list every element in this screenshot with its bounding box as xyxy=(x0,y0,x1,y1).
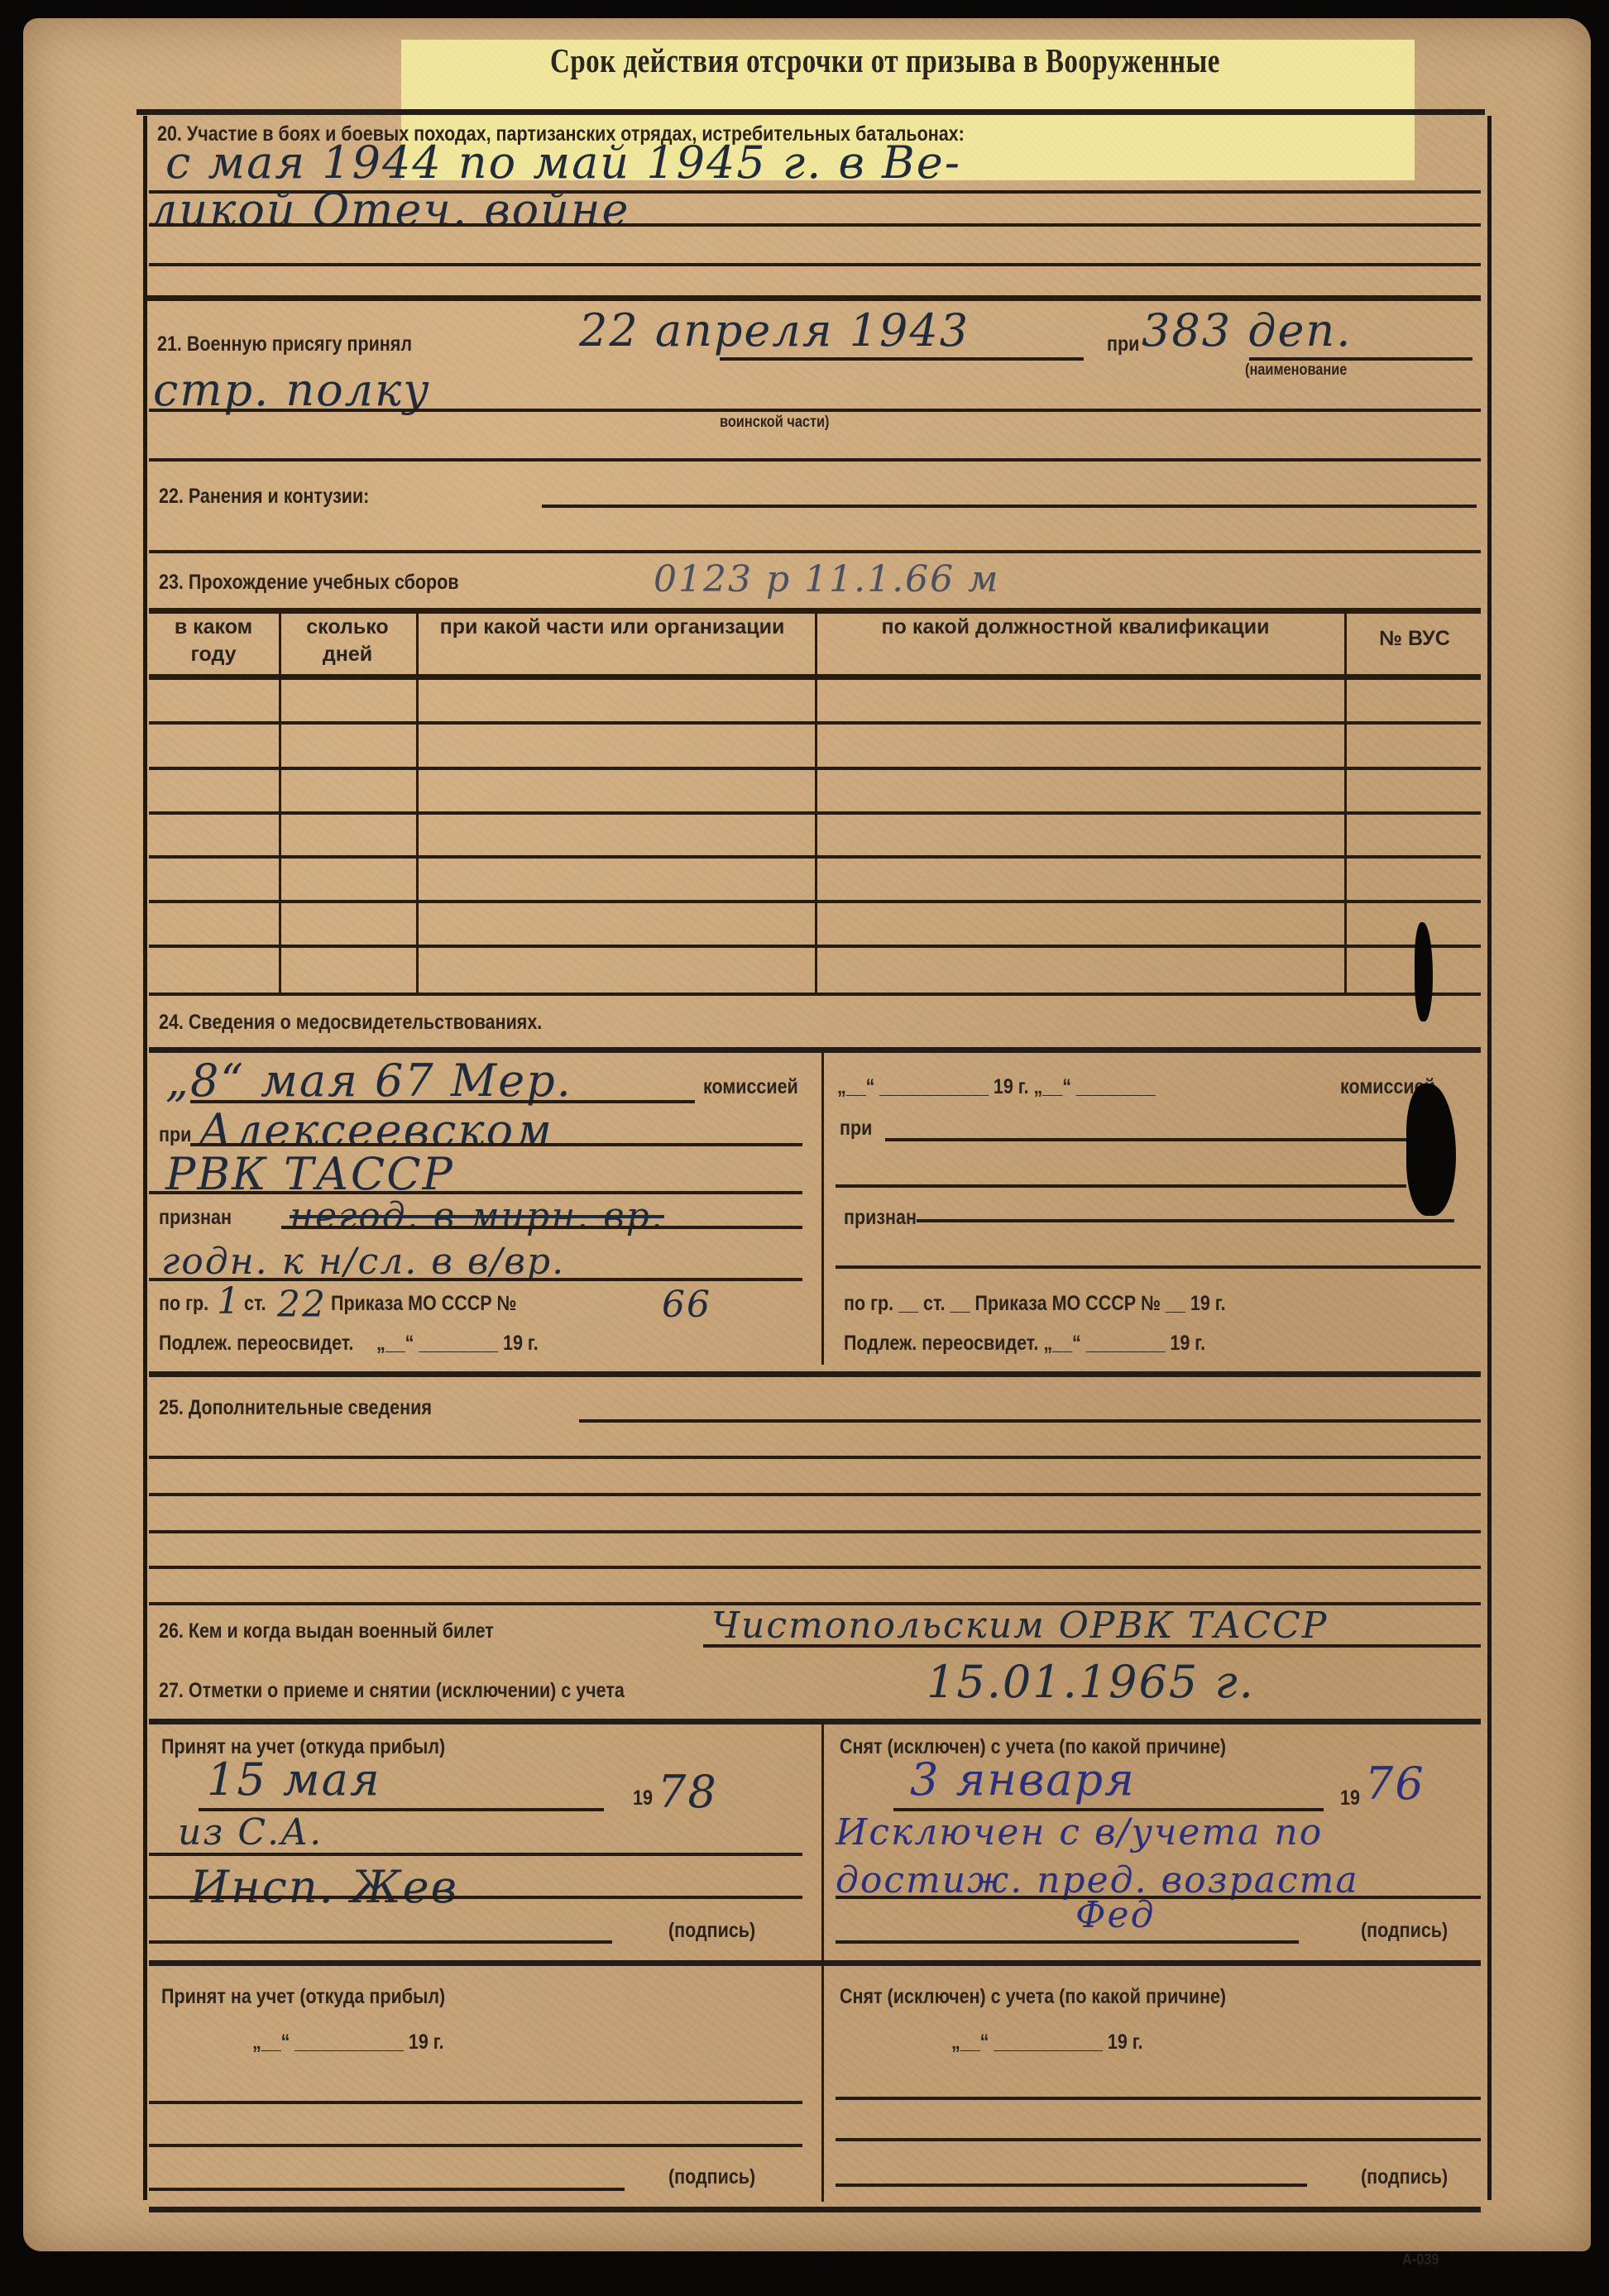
column-divider xyxy=(821,1050,824,1365)
registered-signature-handwriting: Инсп. Жев xyxy=(190,1861,458,1913)
section-24-label: 24. Сведения о медосвидетельствованиях. xyxy=(159,1011,542,1035)
table-row xyxy=(149,855,1481,859)
rule xyxy=(136,109,1485,115)
deregistered2-label: Снят (исключен) с учета (по какой причин… xyxy=(840,1985,1226,2009)
medexam2-found-label: признан xyxy=(844,1206,917,1230)
section-25-label: 25. Дополнительные сведения xyxy=(159,1396,432,1420)
col-header-qualification: по какой должностной квалификации xyxy=(819,614,1332,641)
table-row xyxy=(149,721,1481,725)
table-divider xyxy=(416,612,419,994)
rule xyxy=(149,1456,1481,1459)
table-row xyxy=(149,993,1481,996)
section-27-label: 27. Отметки о приеме и снятии (исключени… xyxy=(159,1679,625,1703)
deregistered-signature-handwriting: Фед xyxy=(1075,1894,1155,1936)
registered-year-prefix: 19 xyxy=(633,1787,653,1810)
rule xyxy=(149,1960,1481,1966)
section-26-handwriting: Чистопольским ОРВК ТАССР xyxy=(711,1605,1328,1647)
oath-unit-handwriting-line1: 383 деп. xyxy=(1142,304,1352,356)
section-26-label: 26. Кем и когда выдан военный билет xyxy=(159,1619,494,1643)
rule xyxy=(149,263,1481,266)
section-23-label: 23. Прохождение учебных сборов xyxy=(159,571,459,595)
rule xyxy=(836,1896,1481,1899)
rule xyxy=(149,2207,1481,2212)
table-divider xyxy=(815,612,817,994)
rule xyxy=(190,1100,695,1103)
rule xyxy=(149,1278,802,1281)
registered-signature-label: (подпись) xyxy=(668,1919,755,1943)
rule xyxy=(149,1853,802,1856)
rule xyxy=(836,2097,1481,2100)
registered2-signature-label: (подпись) xyxy=(668,2165,755,2189)
form-code: А-039 xyxy=(1402,2251,1439,2270)
oath-at-label: при xyxy=(1107,332,1139,356)
rule xyxy=(836,2138,1481,2141)
col-header-days: сколько дней xyxy=(281,614,414,668)
rule xyxy=(579,1419,1481,1423)
rule xyxy=(149,1940,612,1944)
deregistered-reason-line1: Исключен с в/учета по xyxy=(836,1811,1323,1854)
rule xyxy=(149,550,1481,553)
registered-year-handwriting: 78 xyxy=(658,1766,718,1818)
medexam2-group-line: по гр. __ ст. __ Приказа МО СССР № __ 19… xyxy=(844,1292,1226,1316)
rule xyxy=(149,1047,1481,1053)
section-22-label: 22. Ранения и контузии: xyxy=(159,485,369,509)
medexam2-date-line: „__“ ___________ 19 г. „__“ ________ xyxy=(837,1075,1156,1099)
col-header-year: в каком году xyxy=(151,614,276,668)
rule xyxy=(836,2184,1307,2187)
rule xyxy=(149,1371,1481,1377)
rule xyxy=(149,2144,802,2147)
rule xyxy=(149,1530,1481,1533)
rule xyxy=(147,295,1481,301)
rule xyxy=(149,223,1481,227)
registered-date-handwriting: 15 мая xyxy=(207,1753,381,1806)
medexam2-reexam-line: Подлеж. переосвидет. „__“ ________ 19 г. xyxy=(844,1332,1205,1356)
rule xyxy=(542,505,1477,508)
table-divider xyxy=(1344,612,1347,994)
deregistered2-signature-label: (подпись) xyxy=(1361,2165,1448,2189)
deregistered-year-prefix: 19 xyxy=(1340,1787,1360,1810)
medexam-year-value: 66 xyxy=(662,1284,711,1326)
section-20-handwriting-line1: с мая 1944 по май 1945 г. в Ве- xyxy=(165,136,961,189)
section-21-label: 21. Военную присягу принял xyxy=(157,332,412,356)
oath-date-handwriting: 22 апреля 1943 xyxy=(579,304,970,356)
medexam-reexam-date: „__“ ________ 19 г. xyxy=(376,1332,539,1356)
rule xyxy=(149,2101,802,2104)
deregistered2-date-line: „__“ ___________ 19 г. xyxy=(951,2031,1143,2054)
rule xyxy=(281,1226,802,1229)
section-23-handwriting: 0123 р 11.1.66 м xyxy=(654,558,1000,600)
medexam-found-handwriting-line2: годн. к н/сл. в в/вр. xyxy=(161,1241,565,1283)
rule xyxy=(149,1566,1481,1569)
col-header-unit: при какой части или организации xyxy=(422,614,802,641)
medexam-date-handwriting: „8“ мая 67 Мер. xyxy=(165,1055,572,1107)
tape-header-text: Срок действия отсрочки от призыва в Воор… xyxy=(550,43,1220,81)
table-divider xyxy=(279,612,281,994)
caption-name: (наименование xyxy=(1245,361,1347,380)
deregistered-year-handwriting: 76 xyxy=(1365,1758,1425,1810)
medexam-order-label: Приказа МО СССР № xyxy=(331,1292,517,1316)
rule xyxy=(149,458,1481,462)
medexam-article-label: ст. xyxy=(244,1292,266,1316)
rule xyxy=(149,1191,802,1194)
section-27-handwriting: 15.01.1965 г. xyxy=(927,1656,1255,1708)
deregistered-date-handwriting: 3 января xyxy=(910,1753,1136,1806)
rule xyxy=(149,2188,625,2191)
rule xyxy=(917,1219,1454,1222)
caption-unit: воинской части) xyxy=(720,414,829,432)
medexam-found-label: признан xyxy=(159,1206,232,1230)
rule xyxy=(836,1940,1299,1944)
rule xyxy=(190,1143,802,1146)
rule xyxy=(149,409,1481,412)
medexam-commission-label: комиссией xyxy=(703,1075,798,1099)
rule xyxy=(836,1184,1406,1188)
registered-from-handwriting: из С.А. xyxy=(178,1811,323,1854)
medexam-found-handwriting-line1: негод. в мирн. вр. xyxy=(290,1195,664,1237)
table-row xyxy=(149,945,1481,948)
table-row xyxy=(149,811,1481,815)
medexam-reexam-label: Подлеж. переосвидет. xyxy=(159,1332,353,1356)
rule xyxy=(149,1896,802,1899)
table-row xyxy=(149,900,1481,903)
table-row xyxy=(149,767,1481,770)
medexam-group-label: по гр. xyxy=(159,1292,208,1316)
rule xyxy=(836,1265,1481,1269)
medexam-group-value: 1 xyxy=(217,1280,242,1323)
medexam2-at-label: при xyxy=(840,1117,872,1141)
medexam-article-value: 22 xyxy=(277,1284,327,1326)
rule xyxy=(703,1644,1481,1648)
section-20-handwriting-line2: ликой Отеч. войне xyxy=(149,184,630,236)
rule xyxy=(1249,357,1473,361)
rule xyxy=(720,357,1084,361)
registered2-date-line: „__“ ___________ 19 г. xyxy=(252,2031,444,2054)
medexam-at-label: при xyxy=(159,1123,191,1147)
rule xyxy=(149,1719,1481,1724)
col-header-vus: № ВУС xyxy=(1348,625,1481,653)
rule xyxy=(149,1493,1481,1496)
registered2-label: Принят на учет (откуда прибыл) xyxy=(161,1985,445,2009)
deregistered-signature-label: (подпись) xyxy=(1361,1919,1448,1943)
rule xyxy=(885,1138,1448,1141)
